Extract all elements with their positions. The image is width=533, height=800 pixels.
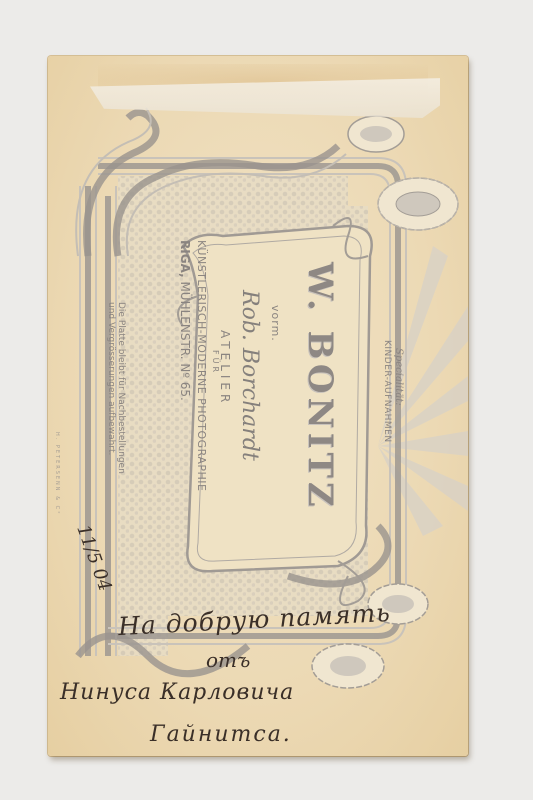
atelier-label: ATELIER [218,330,232,406]
former-owner: Rob. Borchardt [237,290,262,461]
city: RIGA, [178,240,192,278]
studio-name: W. BONITZ [300,262,340,511]
printer-mark: H. PETERSENN & C° [54,432,60,516]
studio-address: RIGA, MÜHLENSTR. Nº 65. [178,240,192,401]
speciality: KINDER-AUFNAHMEN [382,340,392,443]
inscription-line3: Нинуса Карловича [60,680,294,705]
fur-label: FÜR [211,350,220,375]
studio-type: KÜNSTLERISCH-MODERNE PHOTOGRAPHIE [195,240,208,491]
former-owner-prefix: vorm. [269,305,282,342]
speciality-label: Specialität: [393,348,404,406]
plate-notice-line1: Die Platte bleibt für Nachbestellungen [116,302,126,474]
street: MÜHLENSTR. Nº 65. [178,281,192,400]
inscription-line4: Гайнитса. [150,722,292,747]
inscription-line2: отъ [206,648,250,672]
plate-notice-line2: und Vergrösserungen aufbewahrt. [106,302,116,455]
